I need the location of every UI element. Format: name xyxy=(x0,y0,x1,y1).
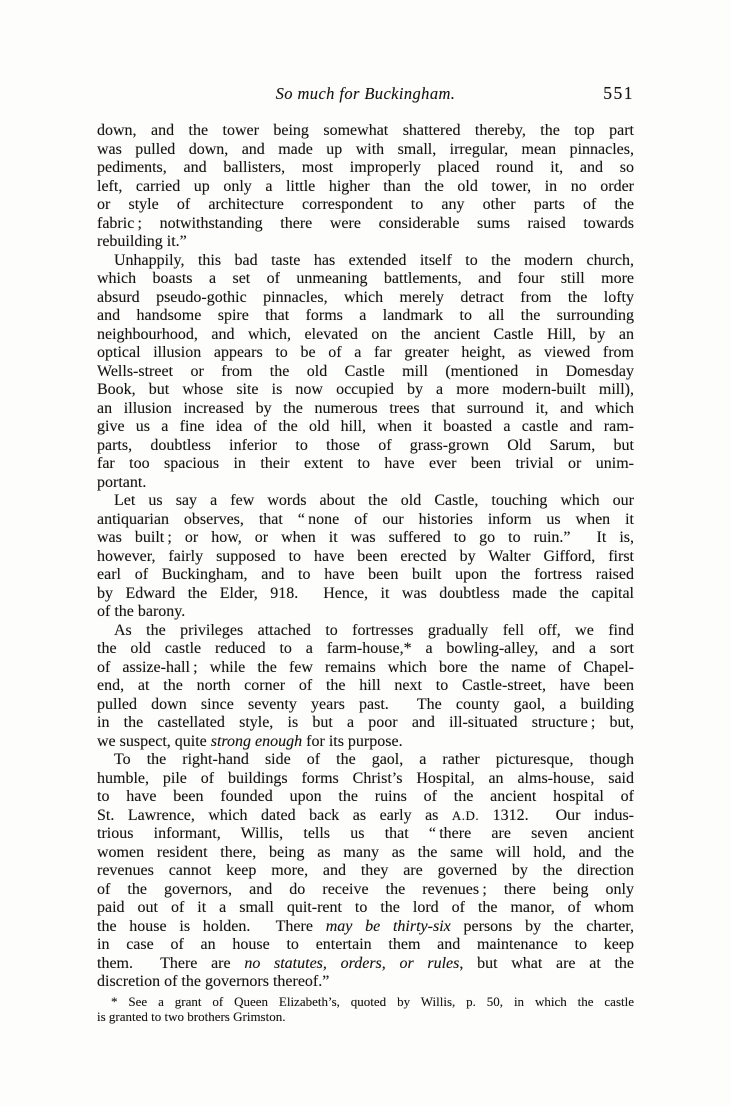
paragraph: To the right-hand side of the gaol, a ra… xyxy=(97,751,634,992)
plain-text: in case of an house to entertain them an… xyxy=(97,936,634,953)
text-line: is granted to two brothers Grimston. xyxy=(97,1009,634,1025)
text-line: * See a grant of Queen Elizabeth’s, quot… xyxy=(97,994,634,1010)
plain-text: however, fairly supposed to have been er… xyxy=(97,548,634,565)
text-line: portant. xyxy=(97,474,634,493)
text-line: Wells-street or from the old Castle mill… xyxy=(97,363,634,382)
plain-text: pediments, and ballisters, most improper… xyxy=(97,159,634,176)
text-line: end, at the north corner of the hill nex… xyxy=(97,677,634,696)
plain-text: the house is holden. There xyxy=(97,918,326,935)
plain-text: As the privileges attached to fortresses… xyxy=(114,622,634,639)
page-number: 551 xyxy=(603,83,634,104)
paragraph: Let us say a few words about the old Cas… xyxy=(97,492,634,622)
text-line: optical illusion appears to be of a far … xyxy=(97,344,634,363)
text-line: humble, pile of buildings forms Christ’s… xyxy=(97,770,634,789)
text-line: the old castle reduced to a farm-house,*… xyxy=(97,640,634,659)
plain-text: or style of architecture correspondent t… xyxy=(97,196,634,213)
text-line: Book, but whose site is now occupied by … xyxy=(97,381,634,400)
page-title: So much for Buckingham. xyxy=(97,84,634,104)
text-line: women resident there, being as many as t… xyxy=(97,844,634,863)
plain-text: optical illusion appears to be of a far … xyxy=(97,344,634,361)
text-line: absurd pseudo-gothic pinnacles, which me… xyxy=(97,289,634,308)
text-line: St. Lawrence, which dated back as early … xyxy=(97,807,634,826)
paragraph: * See a grant of Queen Elizabeth’s, quot… xyxy=(97,994,634,1025)
paragraph: down, and the tower being somewhat shatt… xyxy=(97,122,634,252)
plain-text: paid out of it a small quit-rent to the … xyxy=(97,899,634,916)
plain-text: neighbourhood, and which, elevated on th… xyxy=(97,326,634,343)
plain-text: is granted to two brothers Grimston. xyxy=(97,1009,285,1024)
plain-text: fabric ; notwithstanding there were cons… xyxy=(97,215,634,232)
text-line: Let us say a few words about the old Cas… xyxy=(97,492,634,511)
text-line: which boasts a set of unmeaning battleme… xyxy=(97,270,634,289)
plain-text: was built ; or how, or when it was suffe… xyxy=(97,529,634,546)
text-line: left, carried up only a little higher th… xyxy=(97,178,634,197)
text-line: them. There are no statutes, orders, or … xyxy=(97,955,634,974)
plain-text: pulled down since seventy years past. Th… xyxy=(97,696,634,713)
text-line: the house is holden. There may be thirty… xyxy=(97,918,634,937)
text-line: pediments, and ballisters, most improper… xyxy=(97,159,634,178)
plain-text: * See a grant of Queen Elizabeth’s, quot… xyxy=(111,994,634,1009)
plain-text: left, carried up only a little higher th… xyxy=(97,178,634,195)
plain-text: antiquarian observes, that “ none of our… xyxy=(97,511,634,528)
text-line: discretion of the governors thereof.” xyxy=(97,973,634,992)
plain-text: trious informant, Willis, tells us that … xyxy=(97,825,634,842)
text-line: by Edward the Elder, 918. Hence, it was … xyxy=(97,585,634,604)
plain-text: earl of Buckingham, and to have been bui… xyxy=(97,566,634,583)
text-line: in the castellated style, is but a poor … xyxy=(97,714,634,733)
plain-text: Unhappily, this bad taste has extended i… xyxy=(114,252,634,269)
plain-text: Wells-street or from the old Castle mill… xyxy=(97,363,634,380)
paragraph: As the privileges attached to fortresses… xyxy=(97,622,634,752)
text-line: fabric ; notwithstanding there were cons… xyxy=(97,215,634,234)
plain-text: St. Lawrence, which dated back as early … xyxy=(97,807,452,824)
text-line: Unhappily, this bad taste has extended i… xyxy=(97,252,634,271)
text-line: however, fairly supposed to have been er… xyxy=(97,548,634,567)
plain-text: in the castellated style, is but a poor … xyxy=(97,714,634,731)
plain-text: parts, doubtless inferior to those of gr… xyxy=(97,437,634,454)
italic-text: may be thirty-six xyxy=(326,918,451,935)
plain-text: we suspect, quite xyxy=(97,733,211,750)
plain-text: Book, but whose site is now occupied by … xyxy=(97,381,634,398)
plain-text: 1312. Our indus- xyxy=(479,807,634,824)
text-line: of the barony. xyxy=(97,603,634,622)
text-line: As the privileges attached to fortresses… xyxy=(97,622,634,641)
running-head: So much for Buckingham. 551 xyxy=(97,84,634,122)
italic-text: strong enough xyxy=(211,733,302,750)
text-line: trious informant, Willis, tells us that … xyxy=(97,825,634,844)
plain-text: persons by the charter, xyxy=(451,918,634,935)
text-block: So much for Buckingham. 551 down, and th… xyxy=(97,84,634,1025)
plain-text: portant. xyxy=(97,474,146,491)
text-line: antiquarian observes, that “ none of our… xyxy=(97,511,634,530)
text-line: down, and the tower being somewhat shatt… xyxy=(97,122,634,141)
text-line: pulled down since seventy years past. Th… xyxy=(97,696,634,715)
plain-text: revenues cannot keep more, and they are … xyxy=(97,862,634,879)
plain-text: To the right-hand side of the gaol, a ra… xyxy=(114,751,634,768)
body-text: down, and the tower being somewhat shatt… xyxy=(97,122,634,992)
plain-text: and handsome spire that forms a landmark… xyxy=(97,307,634,324)
plain-text: discretion of the governors thereof.” xyxy=(97,973,329,990)
plain-text: them. There are xyxy=(97,955,244,972)
paragraph: Unhappily, this bad taste has extended i… xyxy=(97,252,634,493)
text-line: paid out of it a small quit-rent to the … xyxy=(97,899,634,918)
text-line: rebuilding it.” xyxy=(97,233,634,252)
plain-text: of the governors, and do receive the rev… xyxy=(97,881,634,898)
text-line: To the right-hand side of the gaol, a ra… xyxy=(97,751,634,770)
text-line: was built ; or how, or when it was suffe… xyxy=(97,529,634,548)
plain-text: far too spacious in their extent to have… xyxy=(97,455,634,472)
plain-text: absurd pseudo-gothic pinnacles, which me… xyxy=(97,289,634,306)
text-line: give us a fine idea of the old hill, whe… xyxy=(97,418,634,437)
text-line: revenues cannot keep more, and they are … xyxy=(97,862,634,881)
plain-text: of the barony. xyxy=(97,603,185,620)
plain-text: which boasts a set of unmeaning battleme… xyxy=(97,270,634,287)
plain-text: was pulled down, and made up with small,… xyxy=(97,141,634,158)
plain-text: to have been founded upon the ruins of t… xyxy=(97,788,634,805)
footnote: * See a grant of Queen Elizabeth’s, quot… xyxy=(97,994,634,1025)
book-page: So much for Buckingham. 551 down, and th… xyxy=(0,0,731,1106)
smallcaps-text: A.D. xyxy=(452,808,479,823)
text-line: in case of an house to entertain them an… xyxy=(97,936,634,955)
text-line: an illusion increased by the numerous tr… xyxy=(97,400,634,419)
plain-text: give us a fine idea of the old hill, whe… xyxy=(97,418,634,435)
text-line: or style of architecture correspondent t… xyxy=(97,196,634,215)
plain-text: down, and the tower being somewhat shatt… xyxy=(97,122,634,139)
text-line: of assize-hall ; while the few remains w… xyxy=(97,659,634,678)
plain-text: an illusion increased by the numerous tr… xyxy=(97,400,634,417)
text-line: parts, doubtless inferior to those of gr… xyxy=(97,437,634,456)
plain-text: humble, pile of buildings forms Christ’s… xyxy=(97,770,634,787)
plain-text: women resident there, being as many as t… xyxy=(97,844,634,861)
plain-text: the old castle reduced to a farm-house,*… xyxy=(97,640,634,657)
plain-text: , but what are at the xyxy=(459,955,634,972)
text-line: and handsome spire that forms a landmark… xyxy=(97,307,634,326)
plain-text: rebuilding it.” xyxy=(97,233,187,250)
text-line: earl of Buckingham, and to have been bui… xyxy=(97,566,634,585)
plain-text: by Edward the Elder, 918. Hence, it was … xyxy=(97,585,634,602)
text-line: was pulled down, and made up with small,… xyxy=(97,141,634,160)
plain-text: of assize-hall ; while the few remains w… xyxy=(97,659,634,676)
text-line: neighbourhood, and which, elevated on th… xyxy=(97,326,634,345)
plain-text: for its purpose. xyxy=(302,733,402,750)
text-line: to have been founded upon the ruins of t… xyxy=(97,788,634,807)
text-line: far too spacious in their extent to have… xyxy=(97,455,634,474)
italic-text: no statutes, orders, or rules xyxy=(244,955,459,972)
plain-text: end, at the north corner of the hill nex… xyxy=(97,677,634,694)
text-line: we suspect, quite strong enough for its … xyxy=(97,733,634,752)
text-line: of the governors, and do receive the rev… xyxy=(97,881,634,900)
plain-text: Let us say a few words about the old Cas… xyxy=(114,492,634,509)
